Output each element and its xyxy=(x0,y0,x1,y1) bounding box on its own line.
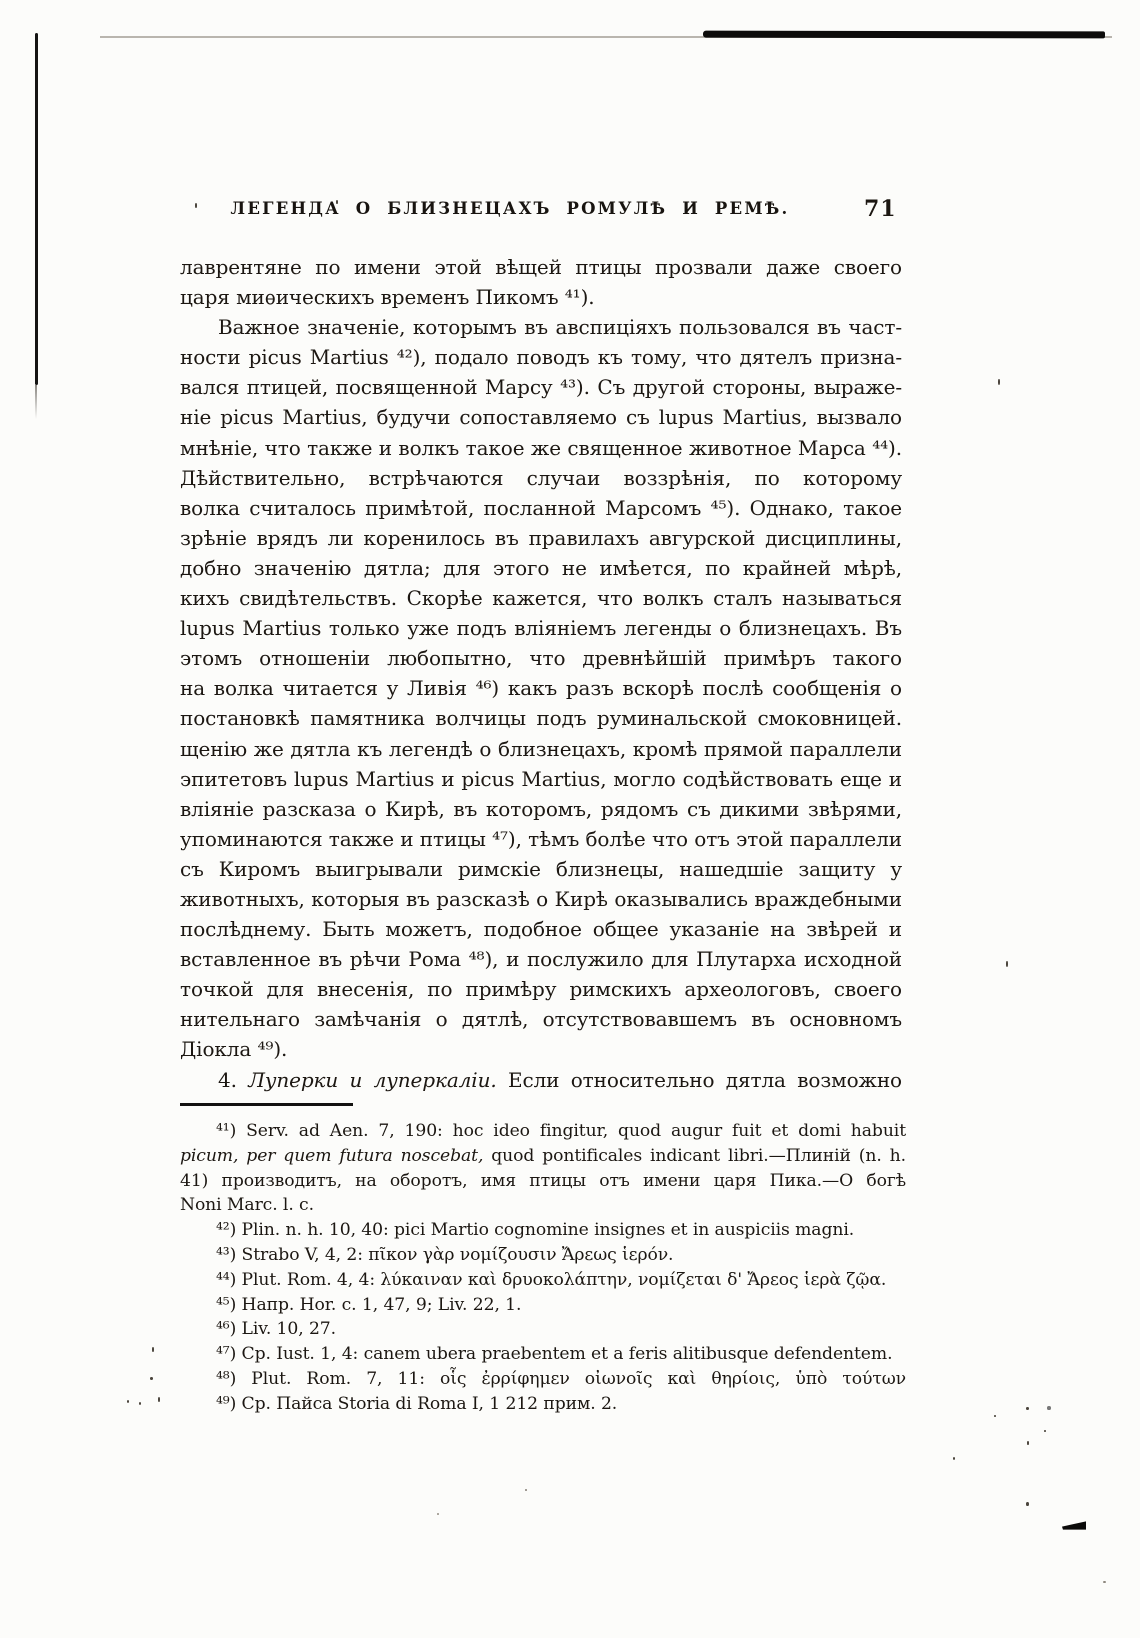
text-line: постановкѣ памятника волчицы подъ румина… xyxy=(180,703,902,733)
scan-speck xyxy=(994,1415,996,1417)
text-line: съ Киромъ выигрывали римскіе близнецы, н… xyxy=(180,854,902,884)
scan-speck xyxy=(1103,1581,1106,1583)
footnote-45: ⁴⁵) Напр. Hor. c. 1, 47, 9; Liv. 22, 1. xyxy=(180,1293,906,1318)
scan-speck xyxy=(152,1347,154,1352)
section-title-italic: Луперки и луперкаліи. xyxy=(248,1068,496,1092)
text-line: этомъ отношеніи любопытно, что древнѣйші… xyxy=(180,643,902,673)
scan-speck xyxy=(150,1377,153,1380)
text-line: вліяніе разсказа о Кирѣ, въ которомъ, ря… xyxy=(180,794,902,824)
text-line: волка считалось примѣтой, посланной Марс… xyxy=(180,493,902,523)
text-line: ніе picus Martius, будучи сопоставляемо … xyxy=(180,402,902,432)
text-line: добно значенію дятла; для этого не имѣет… xyxy=(180,553,902,583)
footnote-rule xyxy=(180,1103,353,1106)
text-line: эпитетовъ lupus Martius и picus Martius,… xyxy=(180,764,902,794)
text-line: Важное значеніе, которымъ въ авспиціяхъ … xyxy=(180,312,902,342)
footnote-48: ⁴⁸) Plut. Rom. 7, 11: οἷς ἐρρίφημεν οἰων… xyxy=(180,1367,906,1392)
scan-left-vertical-line-tail xyxy=(35,385,37,419)
scan-speck xyxy=(139,1402,141,1405)
text-line: животныхъ, которыя въ разсказѣ о Кирѣ ок… xyxy=(180,884,902,914)
scan-top-thick-line xyxy=(703,31,1105,39)
footnote-44: ⁴⁴) Plut. Rom. 4, 4: λύκαιναν καὶ δρυοκο… xyxy=(180,1268,906,1293)
scan-speck xyxy=(1026,1502,1029,1506)
scan-speck xyxy=(953,1457,955,1460)
page-number: 71 xyxy=(864,196,897,222)
footnote-41-line: ⁴¹) Serv. ad Aen. 7, 190: hoc ideo fingi… xyxy=(180,1119,906,1144)
scan-speck xyxy=(1026,1407,1029,1410)
scan-speck xyxy=(127,1400,129,1403)
footnote-41-line: picum, per quem futura noscebat, quod po… xyxy=(180,1144,906,1169)
scanned-book-page: ЛЕГЕНДА О БЛИЗНЕЦАХЪ РОМУЛѢ И РЕМѢ. 71 л… xyxy=(0,0,1140,1638)
footnote-47: ⁴⁷) Ср. Iust. 1, 4: canem ubera praebent… xyxy=(180,1342,906,1367)
footnote-41-italic: picum, per quem futura noscebat, xyxy=(180,1146,483,1166)
footnote-42: ⁴²) Plin. n. h. 10, 40: pici Martio cogn… xyxy=(180,1218,906,1243)
scan-left-vertical-line xyxy=(35,33,38,385)
text-line: на волка читается у Ливія ⁴⁶) какъ разъ … xyxy=(180,673,902,703)
text-line: ности picus Martius ⁴²), подало поводъ к… xyxy=(180,342,902,372)
scan-bottom-right-mark xyxy=(1062,1521,1086,1530)
scan-speck xyxy=(525,1489,527,1491)
scan-speck xyxy=(1027,1441,1029,1445)
text-line: вался птицей, посвященной Марсу ⁴³). Съ … xyxy=(180,372,902,402)
text-line: Дѣйствительно, встрѣчаются случаи воззрѣ… xyxy=(180,463,902,493)
scan-speck xyxy=(1044,1430,1046,1432)
text-line: послѣднему. Быть можетъ, подобное общее … xyxy=(180,914,902,944)
scan-speck xyxy=(158,1397,160,1402)
text-line: упоминаются также и птицы ⁴⁷), тѣмъ болѣ… xyxy=(180,824,902,854)
text-line: нительнаго замѣчанія о дятлѣ, отсутствов… xyxy=(180,1004,902,1034)
text-line: мнѣніе, что также и волкъ такое же свяще… xyxy=(180,433,902,463)
scan-speck xyxy=(437,1513,439,1515)
scan-speck xyxy=(1006,961,1008,967)
footnote-41-line: 41) производитъ, на оборотъ, имя птицы о… xyxy=(180,1169,906,1194)
text-line: вставленное въ рѣчи Рома ⁴⁸), и послужил… xyxy=(180,944,902,974)
text-line: lupus Martius только уже подъ вліяніемъ … xyxy=(180,613,902,643)
footnote-43: ⁴³) Strabo V, 4, 2: πῖκον γὰρ νομίζουσιν… xyxy=(180,1243,906,1268)
text-line: лаврентяне по имени этой вѣщей птицы про… xyxy=(180,252,902,282)
main-text-block: лаврентяне по имени этой вѣщей птицы про… xyxy=(180,252,902,1095)
text-line: царя миѳическихъ временъ Пикомъ ⁴¹). xyxy=(180,282,902,312)
scan-speck xyxy=(998,379,1000,385)
footnote-46: ⁴⁶) Liv. 10, 27. xyxy=(180,1317,906,1342)
footnote-41-line: Noni Marc. l. c. xyxy=(180,1193,906,1218)
section-number: 4. xyxy=(218,1068,248,1092)
text-line: кихъ свидѣтельствъ. Скорѣе кажется, что … xyxy=(180,583,902,613)
text-line: щенію же дятла къ легендѣ о близнецахъ, … xyxy=(180,734,902,764)
footnotes-block: ⁴¹) Serv. ad Aen. 7, 190: hoc ideo fingi… xyxy=(180,1119,906,1417)
footnote-49: ⁴⁹) Ср. Пайса Storia di Roma I, 1 212 пр… xyxy=(180,1392,906,1417)
scan-speck xyxy=(1047,1406,1051,1410)
text-line: Діокла ⁴⁹). xyxy=(180,1034,902,1064)
text-line: зрѣніе врядъ ли коренилось въ правилахъ … xyxy=(180,523,902,553)
running-head-title: ЛЕГЕНДА О БЛИЗНЕЦАХЪ РОМУЛѢ И РЕМѢ. xyxy=(180,199,840,218)
section-4-heading-line: 4. Луперки и луперкаліи. Если относитель… xyxy=(180,1065,902,1095)
text-line: точкой для внесенія, по примѣру римскихъ… xyxy=(180,974,902,1004)
